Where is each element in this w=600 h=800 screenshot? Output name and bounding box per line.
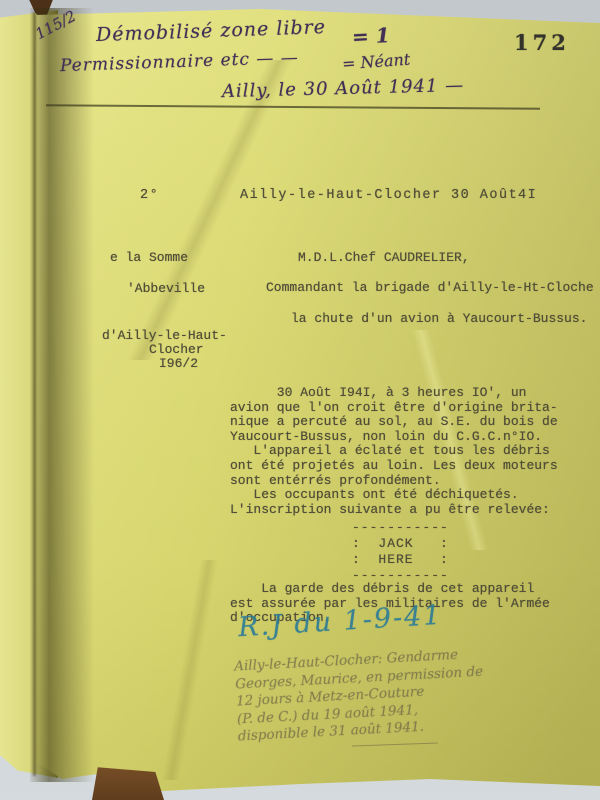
text-line: avion que l'on croit être d'origine brit… [230,401,558,416]
left-column-line: 'Abbeville [127,281,205,296]
left-column-reference-number: I96/2 [159,356,198,371]
document-photo: 172 115/2 Démobilisé zone libre = 1 Perm… [0,0,600,800]
heading-item-number: 2° [140,188,159,203]
addressee-title: Commandant la brigade d'Ailly-le-Ht-Cloc… [266,280,594,295]
text-line: : JACK : [352,536,449,552]
text-line: ----------- [352,520,449,536]
text-line: ont été projetés au loin. Les deux moteu… [230,459,558,474]
text-line: L'inscription suivante a pu être relevée… [230,503,558,518]
left-column-line: Clocher [149,342,204,357]
addressee-name: M.D.L.Chef CAUDRELIER, [298,250,470,265]
report-body-paragraphs: 30 Août I94I, à 3 heures IO', unavion qu… [230,386,558,517]
text-line: La garde des débris de cet appareil [230,582,550,597]
gutter-fold-line [33,12,36,776]
heading-place: Ailly-le-Haut-Clocher [240,188,442,203]
page-number-stamp: 172 [514,30,570,55]
left-column-line: e la Somme [110,250,188,265]
text-line: Les occupants ont été déchiquetés. [230,488,558,503]
text-line: L'appareil a éclaté et tous les débris [230,444,558,459]
text-line: sont entérrés profondément. [230,474,558,489]
pencil-annotation: Ailly-le-Haut-Clocher: GendarmeGeorges, … [234,646,486,746]
text-line: nique a percuté au sol, au S.E. du bois … [230,415,558,430]
annotation-line1-value: = 1 [351,23,390,49]
subject-line: la chute d'un avion à Yaucourt-Bussus. [291,311,587,326]
text-line: : HERE : [352,552,449,568]
inscription-box: -----------: JACK :: HERE :----------- [352,520,449,584]
text-line: Yaucourt-Bussus, non loin du C.G.C.n°IO. [230,430,558,445]
heading-year: 4I [518,188,537,203]
left-column-line: d'Ailly-le-Haut- [102,328,227,343]
text-line: 30 Août I94I, à 3 heures IO', un [230,386,558,401]
heading-date: 30 Août [451,188,518,203]
